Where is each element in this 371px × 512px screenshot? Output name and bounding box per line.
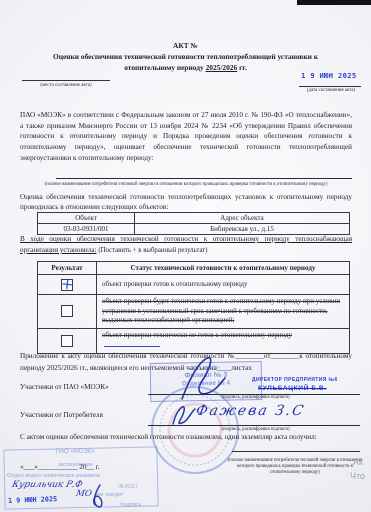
- inspect-lead: В ходе оценки обеспечения технической го…: [20, 234, 352, 256]
- date-stamp: 1 9 ИЮН 2025: [301, 71, 357, 80]
- date-blank-line: [299, 86, 361, 87]
- result-col-header: Результат: [38, 262, 97, 275]
- result-row-ready: + объект проверки готов к отопительному …: [38, 275, 350, 295]
- objects-col-object: Объект: [38, 213, 135, 224]
- title-subtitle: Оценки обеспечения технической готовност…: [20, 52, 351, 63]
- objects-table: Объект Адрес объекта 03-03-0931/001 Биби…: [37, 212, 350, 235]
- chem-stamp-org: ПАО «МОЭК»: [56, 449, 95, 455]
- chem-signature-flourish: [88, 484, 112, 510]
- intro-caption: (полное наименование потребителя теплово…: [20, 182, 352, 188]
- objects-col-address: Адрес объекта: [135, 213, 350, 224]
- result-table-header: Результат Статус технической готовности …: [38, 262, 350, 275]
- plus-mark: +: [60, 274, 74, 293]
- checkbox-checked[interactable]: +: [61, 279, 73, 291]
- chem-stamp-department: Отдел водно-химических режимов: [7, 473, 157, 479]
- checkbox-cell: [38, 295, 97, 329]
- title-act-no: АКТ №: [20, 41, 351, 52]
- director-title: ДИРЕКТОР ПРЕДПРИЯТИЯ №6: [252, 377, 338, 383]
- consumer-signature-line: [148, 420, 360, 426]
- document-title: АКТ № Оценки обеспечения технической гот…: [20, 41, 351, 73]
- pen-strike-line: [104, 340, 160, 347]
- objects-lead: Оценка обеспечения технической готовност…: [20, 192, 352, 213]
- result-row-not-ready: объект проверки технически не готов к от…: [38, 328, 350, 353]
- date-caption: (дата составления акта): [296, 88, 366, 94]
- place-blank-line: [22, 80, 110, 81]
- checkbox-cell: +: [38, 275, 97, 295]
- result-row-conditional: объект проверки будет технически готов к…: [38, 295, 350, 329]
- chem-stamp-extra-text: эксплуатации: [58, 462, 93, 468]
- inspect-note: (Поставить + в выбранный результат): [98, 247, 207, 254]
- chem-handwritten-name: Курильчик Р.Ф: [11, 480, 84, 490]
- scanned-act-document: АКТ № Оценки обеспечения технической гот…: [0, 0, 371, 512]
- chem-date-stamp: 1 9 ИЮН 2025: [8, 495, 57, 505]
- objects-table-header: Объект Адрес объекта: [38, 213, 350, 224]
- status-ready-text: объект проверки готов к отопительному пе…: [97, 275, 350, 295]
- status-col-header: Статус технической готовности к отопител…: [97, 262, 350, 275]
- consumer-name-blank-line: [232, 451, 360, 452]
- scan-edge-artifact: [297, 0, 371, 5]
- table-row: 03-03-0931/001 Бибиревская ул., д.15: [38, 224, 350, 235]
- intro-paragraph: ПАО «МОЭК» в соответствии с Федеральным …: [20, 110, 352, 164]
- status-conditional-text: объект проверки будет технически готов к…: [97, 295, 350, 329]
- consumer-name-caption: (полное наименование потребителя теплово…: [225, 458, 365, 477]
- checkbox-empty[interactable]: [61, 335, 73, 347]
- object-address-cell: Бибиревская ул., д.15: [135, 224, 350, 235]
- page-bleed-text: Ак: [353, 457, 363, 467]
- place-caption: (место составление акта): [22, 83, 110, 89]
- checkbox-empty[interactable]: [61, 305, 73, 317]
- title-period-prefix: отопительному периоду: [124, 63, 204, 72]
- status-not-ready-text: объект проверки технически не готов к от…: [97, 328, 350, 353]
- consumer-participants-label: Участники от Потребителя: [20, 411, 103, 419]
- acknowledgement-paragraph: С актом оценки обеспечения технической г…: [20, 432, 352, 444]
- moek-participants-label: Участники от ПАО «МОЭК»: [20, 383, 109, 391]
- title-period-suffix: гг.: [239, 63, 247, 72]
- title-period-years: 2025/2026: [206, 63, 238, 72]
- chem-fio-label: /Ф.И.О./: [118, 484, 137, 490]
- intro-blank-line: [56, 172, 352, 179]
- consumer-signature-name: Фажева З.С: [194, 403, 306, 419]
- result-table: Результат Статус технической готовности …: [37, 261, 350, 354]
- chem-sign-label: /подпись: [120, 502, 142, 508]
- object-id-cell: 03-03-0931/001: [38, 224, 135, 235]
- page-bleed-text: Что: [350, 471, 365, 481]
- checkbox-cell: [38, 328, 97, 353]
